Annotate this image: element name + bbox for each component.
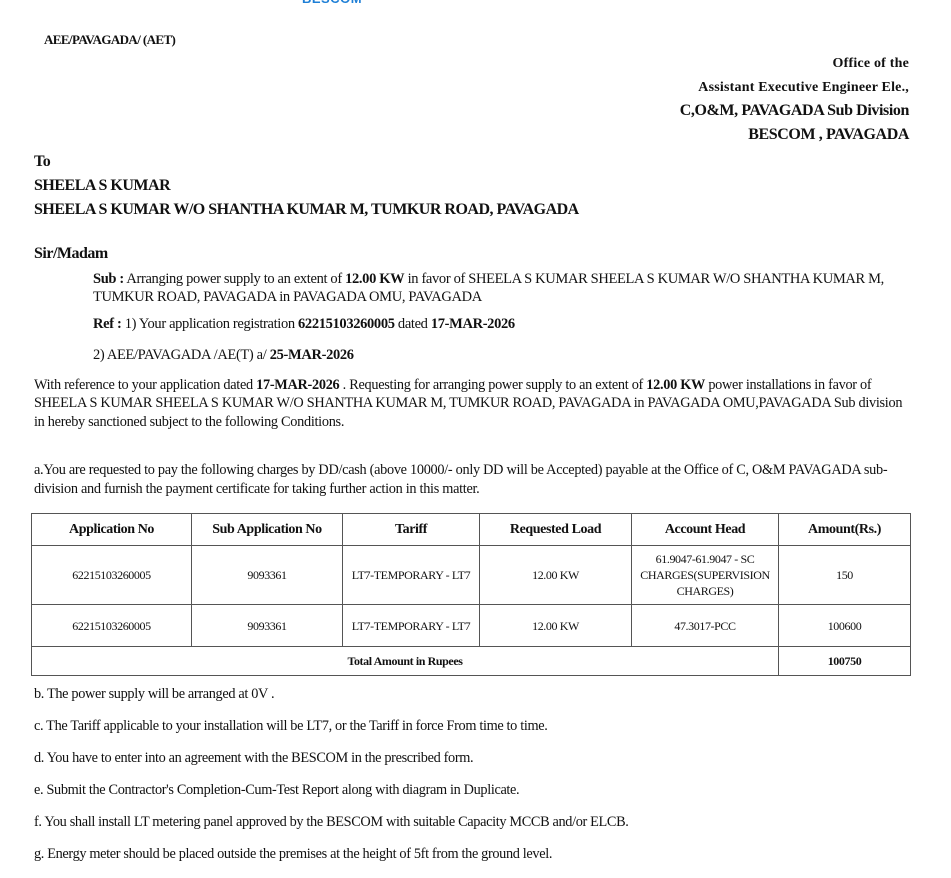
to-label: To	[34, 150, 579, 174]
sanction-date: 17-MAR-2026	[256, 377, 339, 393]
cell-amount: 100600	[779, 605, 911, 647]
charges-table: Application No Sub Application No Tariff…	[31, 513, 911, 676]
sanction-text-2: . Requesting for arranging power supply …	[339, 377, 646, 393]
conditions-list: b. The power supply will be arranged at …	[34, 686, 629, 878]
sender-office-block: Office of the Assistant Executive Engine…	[680, 52, 909, 146]
cell-amount: 150	[779, 546, 911, 605]
reference-2-text: 2) AEE/PAVAGADA /AE(T) a/	[93, 347, 270, 363]
application-number: 62215103260005	[298, 316, 395, 332]
bescom-logo-text: BESCOM	[302, 0, 362, 6]
reference-1-dated: dated	[395, 316, 431, 332]
subject-line: Sub : Arranging power supply to an exten…	[93, 270, 893, 306]
condition-d: d. You have to enter into an agreement w…	[34, 750, 629, 782]
recipient-name: SHEELA S KUMAR	[34, 174, 579, 198]
reference-2-date: 25-MAR-2026	[270, 347, 354, 363]
column-header-requested-load: Requested Load	[480, 514, 632, 546]
subject-text-1: Arranging power supply to an extent of	[124, 271, 345, 287]
column-header-tariff: Tariff	[343, 514, 480, 546]
reference-label: Ref :	[93, 316, 121, 332]
total-label: Total Amount in Rupees	[32, 647, 779, 676]
office-line-2: Assistant Executive Engineer Ele.,	[680, 76, 909, 100]
condition-b: b. The power supply will be arranged at …	[34, 686, 629, 718]
column-header-amount: Amount(Rs.)	[779, 514, 911, 546]
recipient-block: To SHEELA S KUMAR SHEELA S KUMAR W/O SHA…	[34, 150, 579, 222]
total-amount: 100750	[779, 647, 911, 676]
cell-sub-application-no: 9093361	[192, 605, 343, 647]
column-header-sub-application-no: Sub Application No	[192, 514, 343, 546]
cell-account-head: 47.3017-PCC	[632, 605, 779, 647]
subject-load: 12.00 KW	[345, 271, 404, 287]
condition-c: c. The Tariff applicable to your install…	[34, 718, 629, 750]
sanction-load: 12.00 KW	[646, 377, 705, 393]
cell-sub-application-no: 9093361	[192, 546, 343, 605]
letter-reference-code: AEE/PAVAGADA/ (AET)	[44, 32, 175, 48]
cell-tariff: LT7-TEMPORARY - LT7	[343, 605, 480, 647]
cell-requested-load: 12.00 KW	[480, 605, 632, 647]
reference-1-text: 1) Your application registration	[121, 316, 298, 332]
condition-e: e. Submit the Contractor's Completion-Cu…	[34, 782, 629, 814]
cell-requested-load: 12.00 KW	[480, 546, 632, 605]
cell-account-head: 61.9047-61.9047 - SC CHARGES(SUPERVISION…	[632, 546, 779, 605]
recipient-address: SHEELA S KUMAR W/O SHANTHA KUMAR M, TUMK…	[34, 198, 579, 222]
office-line-1: Office of the	[680, 52, 909, 76]
sanction-paragraph: With reference to your application dated…	[34, 376, 914, 431]
condition-f: f. You shall install LT metering panel a…	[34, 814, 629, 846]
subject-label: Sub :	[93, 271, 124, 287]
office-line-4: BESCOM , PAVAGADA	[680, 123, 909, 147]
table-row: 62215103260005 9093361 LT7-TEMPORARY - L…	[32, 605, 911, 647]
column-header-application-no: Application No	[32, 514, 192, 546]
cell-application-no: 62215103260005	[32, 605, 192, 647]
table-row: 62215103260005 9093361 LT7-TEMPORARY - L…	[32, 546, 911, 605]
reference-line-2: 2) AEE/PAVAGADA /AE(T) a/ 25-MAR-2026	[93, 347, 354, 364]
application-date: 17-MAR-2026	[431, 316, 515, 332]
salutation: Sir/Madam	[34, 245, 108, 263]
charges-table-header: Application No Sub Application No Tariff…	[32, 514, 911, 546]
condition-a-payment: a.You are requested to pay the following…	[34, 461, 914, 498]
reference-line-1: Ref : 1) Your application registration 6…	[93, 316, 515, 333]
sanction-text-1: With reference to your application dated	[34, 377, 256, 393]
total-row: Total Amount in Rupees 100750	[32, 647, 911, 676]
condition-g: g. Energy meter should be placed outside…	[34, 846, 629, 878]
cell-tariff: LT7-TEMPORARY - LT7	[343, 546, 480, 605]
column-header-account-head: Account Head	[632, 514, 779, 546]
cell-application-no: 62215103260005	[32, 546, 192, 605]
office-line-3: C,O&M, PAVAGADA Sub Division	[680, 99, 909, 123]
